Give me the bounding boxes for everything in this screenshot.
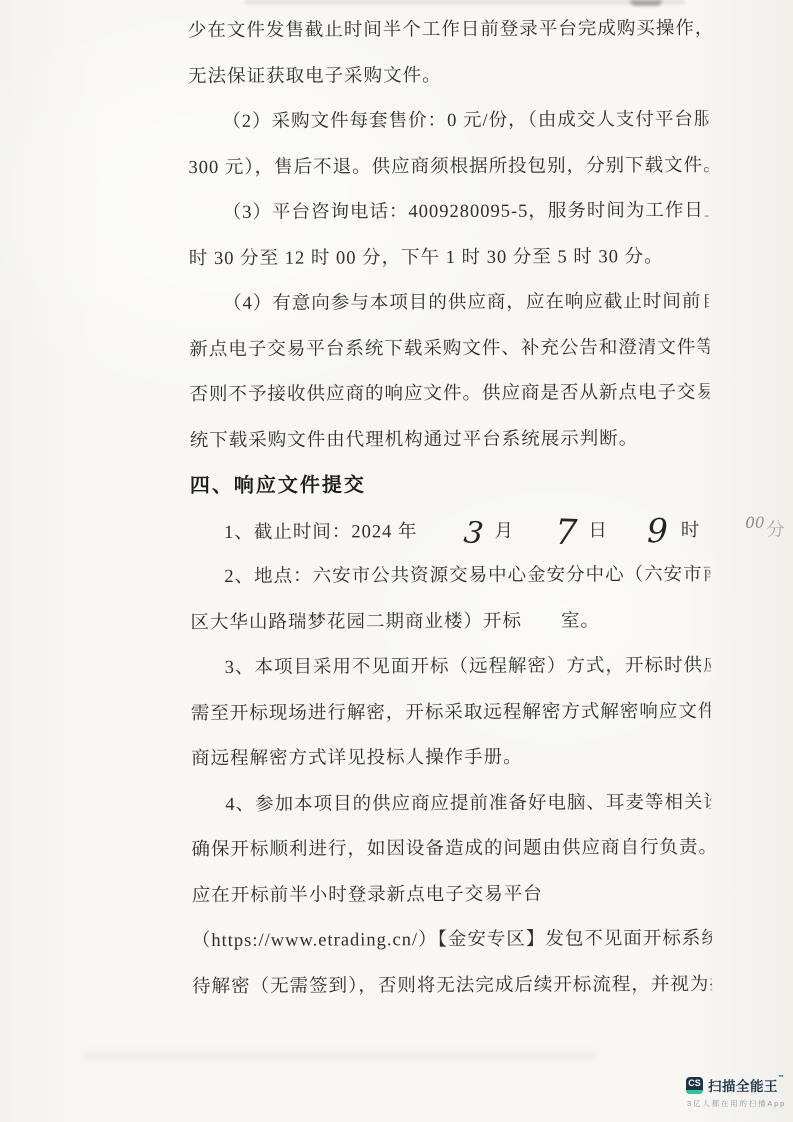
text-line: 商远程解密方式详见投标人操作手册。: [191, 735, 711, 783]
text-line: 时 30 分至 12 时 00 分，下午 1 时 30 分至 5 时 30 分。: [189, 234, 709, 282]
text-line: 2、地点：六安市公共资源交易中心金安分中心（六安市南山新: [190, 553, 710, 601]
text-line: 应在开标前半小时登录新点电子交易平台: [192, 871, 712, 919]
text-line: 需至开标现场进行解密，开标采取远程解密方式解密响应文件，供应: [191, 689, 711, 737]
text-line: 300 元），售后不退。供应商须根据所投包别，分别下载文件。: [188, 143, 708, 191]
text-line: （2）采购文件每套售价：0 元/份，（由成交人支付平台服务费: [188, 98, 708, 146]
scan-artifact-band: [85, 1050, 595, 1061]
month-label: 月: [495, 521, 515, 541]
text-line: 3、本项目采用不见面开标（远程解密）方式，开标时供应商无: [191, 644, 711, 692]
text-line: 无法保证获取电子采购文件。: [188, 52, 708, 100]
handwritten-minute: 00: [711, 515, 764, 530]
watermark-subtitle: 3亿人都在用的扫描App: [687, 1098, 786, 1109]
camscanner-logo-icon: CS: [686, 1077, 703, 1094]
deadline-suffix: 分（北京时间）: [766, 520, 793, 541]
scan-edge-fade: [698, 0, 793, 1122]
text-line: 否则不予接收供应商的响应文件。供应商是否从新点电子交易平台系: [189, 371, 709, 419]
text-line: 待解密（无需签到），否则将无法完成后续开标流程，并视为投标无: [192, 962, 712, 1010]
text-line: 区大华山路瑞梦花园二期商业楼）开标 室。: [190, 598, 710, 646]
handwritten-hour: 9: [613, 514, 669, 547]
text-line: 4、参加本项目的供应商应提前准备好电脑、耳麦等相关设备，: [191, 780, 711, 828]
text-line: 少在文件发售截止时间半个工作日前登录平台完成购买操作，否则: [188, 7, 708, 55]
section-heading: 四、响应文件提交: [190, 462, 710, 510]
scan-artifact-top: [245, 0, 685, 4]
deadline-prefix: 1、截止时间：2024 年: [224, 522, 417, 543]
scanned-document-page: 少在文件发售截止时间半个工作日前登录平台完成购买操作，否则 无法保证获取电子采购…: [0, 0, 793, 1122]
handwritten-day: 7: [521, 514, 579, 551]
text-line: 统下载采购文件由代理机构通过平台系统展示判断。: [190, 416, 710, 464]
document-text: 少在文件发售截止时间半个工作日前登录平台完成购买操作，否则 无法保证获取电子采购…: [188, 7, 712, 1010]
logo-teal-stripe: [686, 1090, 703, 1094]
text-line: （https://www.etrading.cn/）【金安专区】发包不见面开标系…: [192, 917, 712, 965]
camscanner-watermark: CS 扫描全能王™ 3亿人都在用的扫描App: [686, 1075, 786, 1109]
text-line: （4）有意向参与本项目的供应商，应在响应截止时间前自行在: [189, 280, 709, 328]
watermark-row: CS 扫描全能王™: [686, 1075, 786, 1095]
watermark-title: 扫描全能王™: [708, 1075, 785, 1095]
scan-artifact-top-dark: [630, 0, 662, 6]
logo-cs-text: CS: [686, 1077, 703, 1090]
trademark-symbol: ™: [778, 1075, 785, 1081]
hour-label: 时: [681, 520, 701, 540]
handwritten-month: 3: [429, 513, 486, 549]
text-line: （3）平台咨询电话：4009280095-5，服务时间为工作日上午8: [189, 189, 709, 237]
text-line: 新点电子交易平台系统下载采购文件、补充公告和澄清文件等资料，: [189, 325, 709, 373]
deadline-line: 1、截止时间：2024 年3月7日9时00分（北京时间）: [190, 507, 710, 555]
day-label: 日: [588, 521, 608, 541]
text-line: 确保开标顺利进行，如因设备造成的问题由供应商自行负责。供应商: [191, 826, 711, 874]
